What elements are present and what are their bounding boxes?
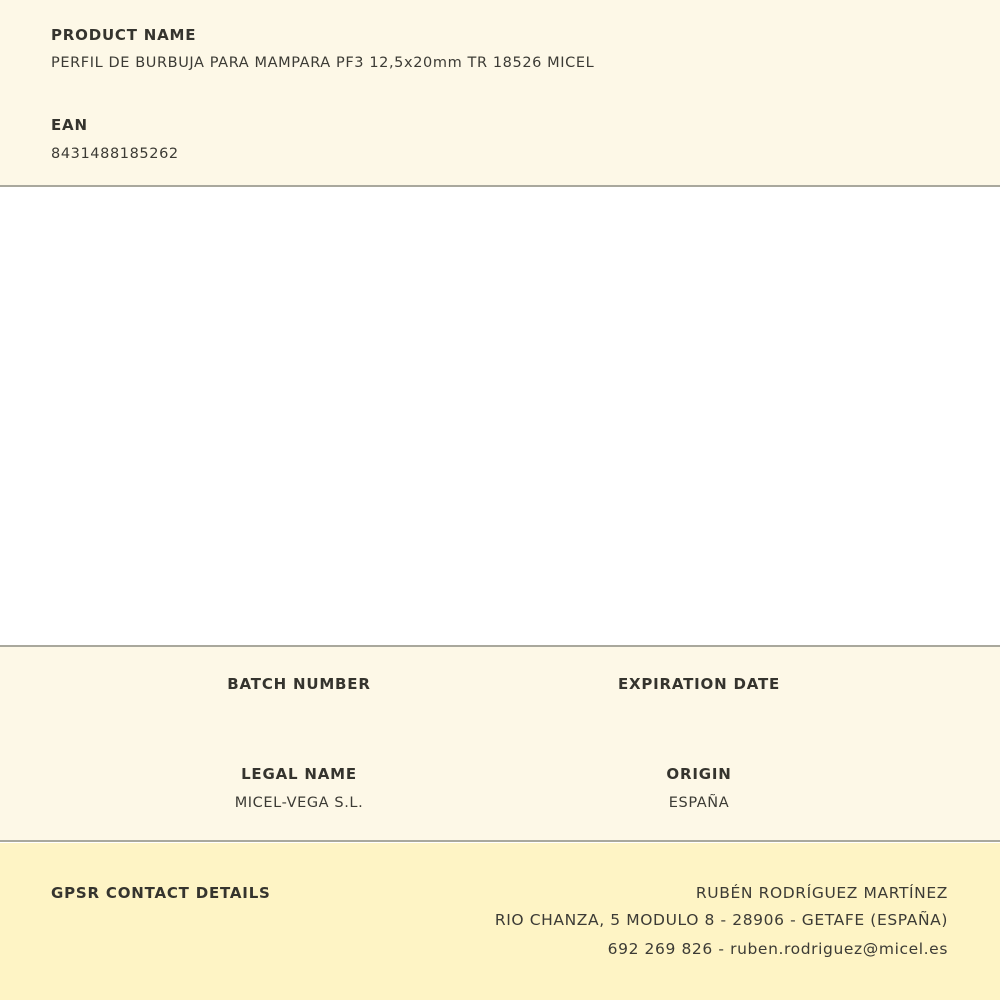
ean-label: EAN — [51, 116, 88, 134]
expiration-date-label: EXPIRATION DATE — [618, 675, 780, 693]
origin-label: ORIGIN — [666, 765, 731, 783]
details-section: BATCH NUMBER EXPIRATION DATE LEGAL NAME … — [0, 645, 1000, 842]
gpsr-contact-section: GPSR CONTACT DETAILS RUBÉN RODRÍGUEZ MAR… — [0, 843, 1000, 1000]
product-info-section: PRODUCT NAME PERFIL DE BURBUJA PARA MAMP… — [0, 0, 1000, 187]
ean-value: 8431488185262 — [51, 146, 179, 162]
legal-name-value: MICEL-VEGA S.L. — [235, 795, 364, 811]
batch-number-label: BATCH NUMBER — [227, 675, 370, 693]
blank-area — [0, 187, 1000, 645]
gpsr-contact-address: RIO CHANZA, 5 MODULO 8 - 28906 - GETAFE … — [495, 911, 948, 929]
origin-value: ESPAÑA — [669, 795, 729, 811]
gpsr-contact-label: GPSR CONTACT DETAILS — [51, 884, 271, 902]
gpsr-contact-phone-email: 692 269 826 - ruben.rodriguez@micel.es — [608, 940, 948, 958]
legal-name-label: LEGAL NAME — [241, 765, 357, 783]
product-name-value: PERFIL DE BURBUJA PARA MAMPARA PF3 12,5x… — [51, 55, 594, 71]
gpsr-contact-name: RUBÉN RODRÍGUEZ MARTÍNEZ — [696, 884, 948, 902]
product-name-label: PRODUCT NAME — [51, 26, 196, 44]
